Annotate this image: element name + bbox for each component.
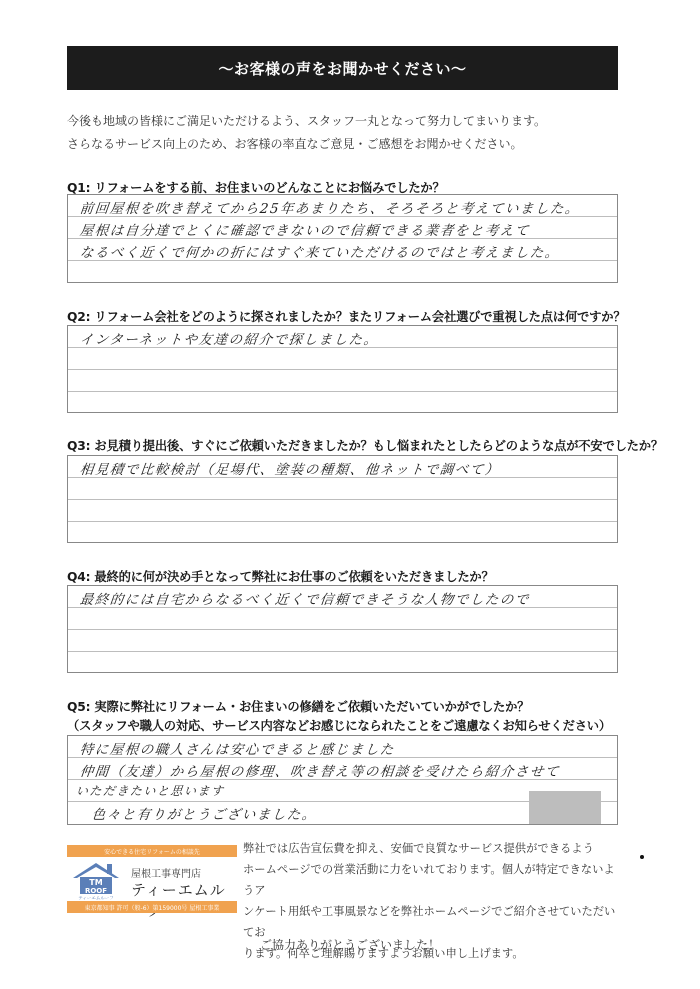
- notice-line: 弊社では広告宣伝費を抑え、安価で良質なサービス提供ができるよう: [243, 838, 623, 859]
- company-logo: 安心できる住宅リフォームの相談先 TM ROOF ティーエムルーフ 屋根工事専門…: [67, 845, 237, 913]
- notice-line: ホームページでの営業活動に力をいれております。個人が特定できないようア: [243, 859, 623, 901]
- ruled-line: [68, 499, 617, 500]
- question-5-sublabel: （スタッフや職人の対応、サービス内容などお感じになられたことをご遠慮なくお知らせ…: [67, 716, 611, 734]
- thank-you-message: ご協力ありがとうございました！: [0, 936, 700, 953]
- svg-text:ティーエムルーフ: ティーエムルーフ: [78, 896, 113, 901]
- answer-line: いただきたいと思います: [75, 782, 225, 799]
- ruled-line: [68, 391, 617, 392]
- logo-banner-top: 安心できる住宅リフォームの相談先: [67, 845, 237, 857]
- answer-line: なるべく近くで何かの折にはすぐ来ていただけるのではと考えました。: [79, 241, 561, 261]
- question-5-label: Q5: 実際に弊社にリフォーム・お住まいの修繕をご依頼いただいていかがでしたか？: [67, 697, 529, 715]
- ruled-line: [68, 651, 617, 652]
- question-3-answer-box: 相見積で比較検討（足場代、塗装の種類、他ネットで調べて）: [67, 455, 618, 543]
- logo-banner-bottom: 東京都知事 許可（般-6）第159000号 屋根工事業: [67, 901, 237, 913]
- answer-line: 屋根は自分達でとくに確認できないので信頼できる業者をと考えて: [79, 219, 531, 239]
- answer-line: 前回屋根を吹き替えてから25年あまりたち、そろそろと考えていました。: [79, 197, 581, 217]
- redacted-signature: [529, 791, 601, 824]
- intro-line: 今後も地域の皆様にご満足いただけるよう、スタッフ一丸となって努力してまいります。: [67, 110, 546, 133]
- answer-line: 仲間（友達）から屋根の修理、吹き替え等の相談を受けたら紹介させて: [79, 760, 561, 780]
- answer-line: 特に屋根の職人さんは安心できると感じました: [79, 738, 396, 758]
- question-1-answer-box: 前回屋根を吹き替えてから25年あまりたち、そろそろと考えていました。 屋根は自分…: [67, 194, 618, 283]
- survey-title-banner: ～お客様の声をお聞かせください～: [67, 46, 618, 90]
- ruled-line: [68, 369, 617, 370]
- answer-line: インターネットや友達の紹介で探しました。: [79, 328, 380, 348]
- answer-line: 最終的には自宅からなるべく近くで信頼できそうな人物でしたので: [79, 588, 531, 608]
- stray-dot: [640, 855, 644, 859]
- house-logo-icon: TM ROOF ティーエムルーフ: [71, 860, 121, 900]
- svg-text:ROOF: ROOF: [85, 887, 107, 895]
- question-4-answer-box: 最終的には自宅からなるべく近くで信頼できそうな人物でしたので: [67, 585, 618, 673]
- ruled-line: [68, 629, 617, 630]
- answer-line: 相見積で比較検討（足場代、塗装の種類、他ネットで調べて）: [79, 458, 501, 478]
- question-4-label: Q4: 最終的に何が決め手となって弊社にお仕事のご依頼をいただきましたか？: [67, 567, 494, 585]
- question-3-label: Q3: お見積り提出後、すぐにご依頼いただきましたか？もし悩まれたとしたらどのよ…: [67, 436, 663, 454]
- question-2-label: Q2: リフォーム会社をどのように探されましたか？またリフォーム会社選びで重視し…: [67, 307, 625, 325]
- intro-text: 今後も地域の皆様にご満足いただけるよう、スタッフ一丸となって努力してまいります。…: [67, 110, 546, 156]
- intro-line: さらなるサービス向上のため、お客様の率直なご意見・ご感想をお聞かせください。: [67, 133, 546, 156]
- ruled-line: [68, 521, 617, 522]
- survey-title: ～お客様の声をお聞かせください～: [218, 58, 466, 79]
- company-subtitle: 屋根工事専門店: [131, 865, 201, 880]
- company-name: ティーエムルーフ: [131, 879, 237, 921]
- question-2-answer-box: インターネットや友達の紹介で探しました。: [67, 325, 618, 413]
- svg-text:TM: TM: [89, 878, 102, 887]
- answer-line: 色々と有りがとうございました。: [91, 803, 318, 823]
